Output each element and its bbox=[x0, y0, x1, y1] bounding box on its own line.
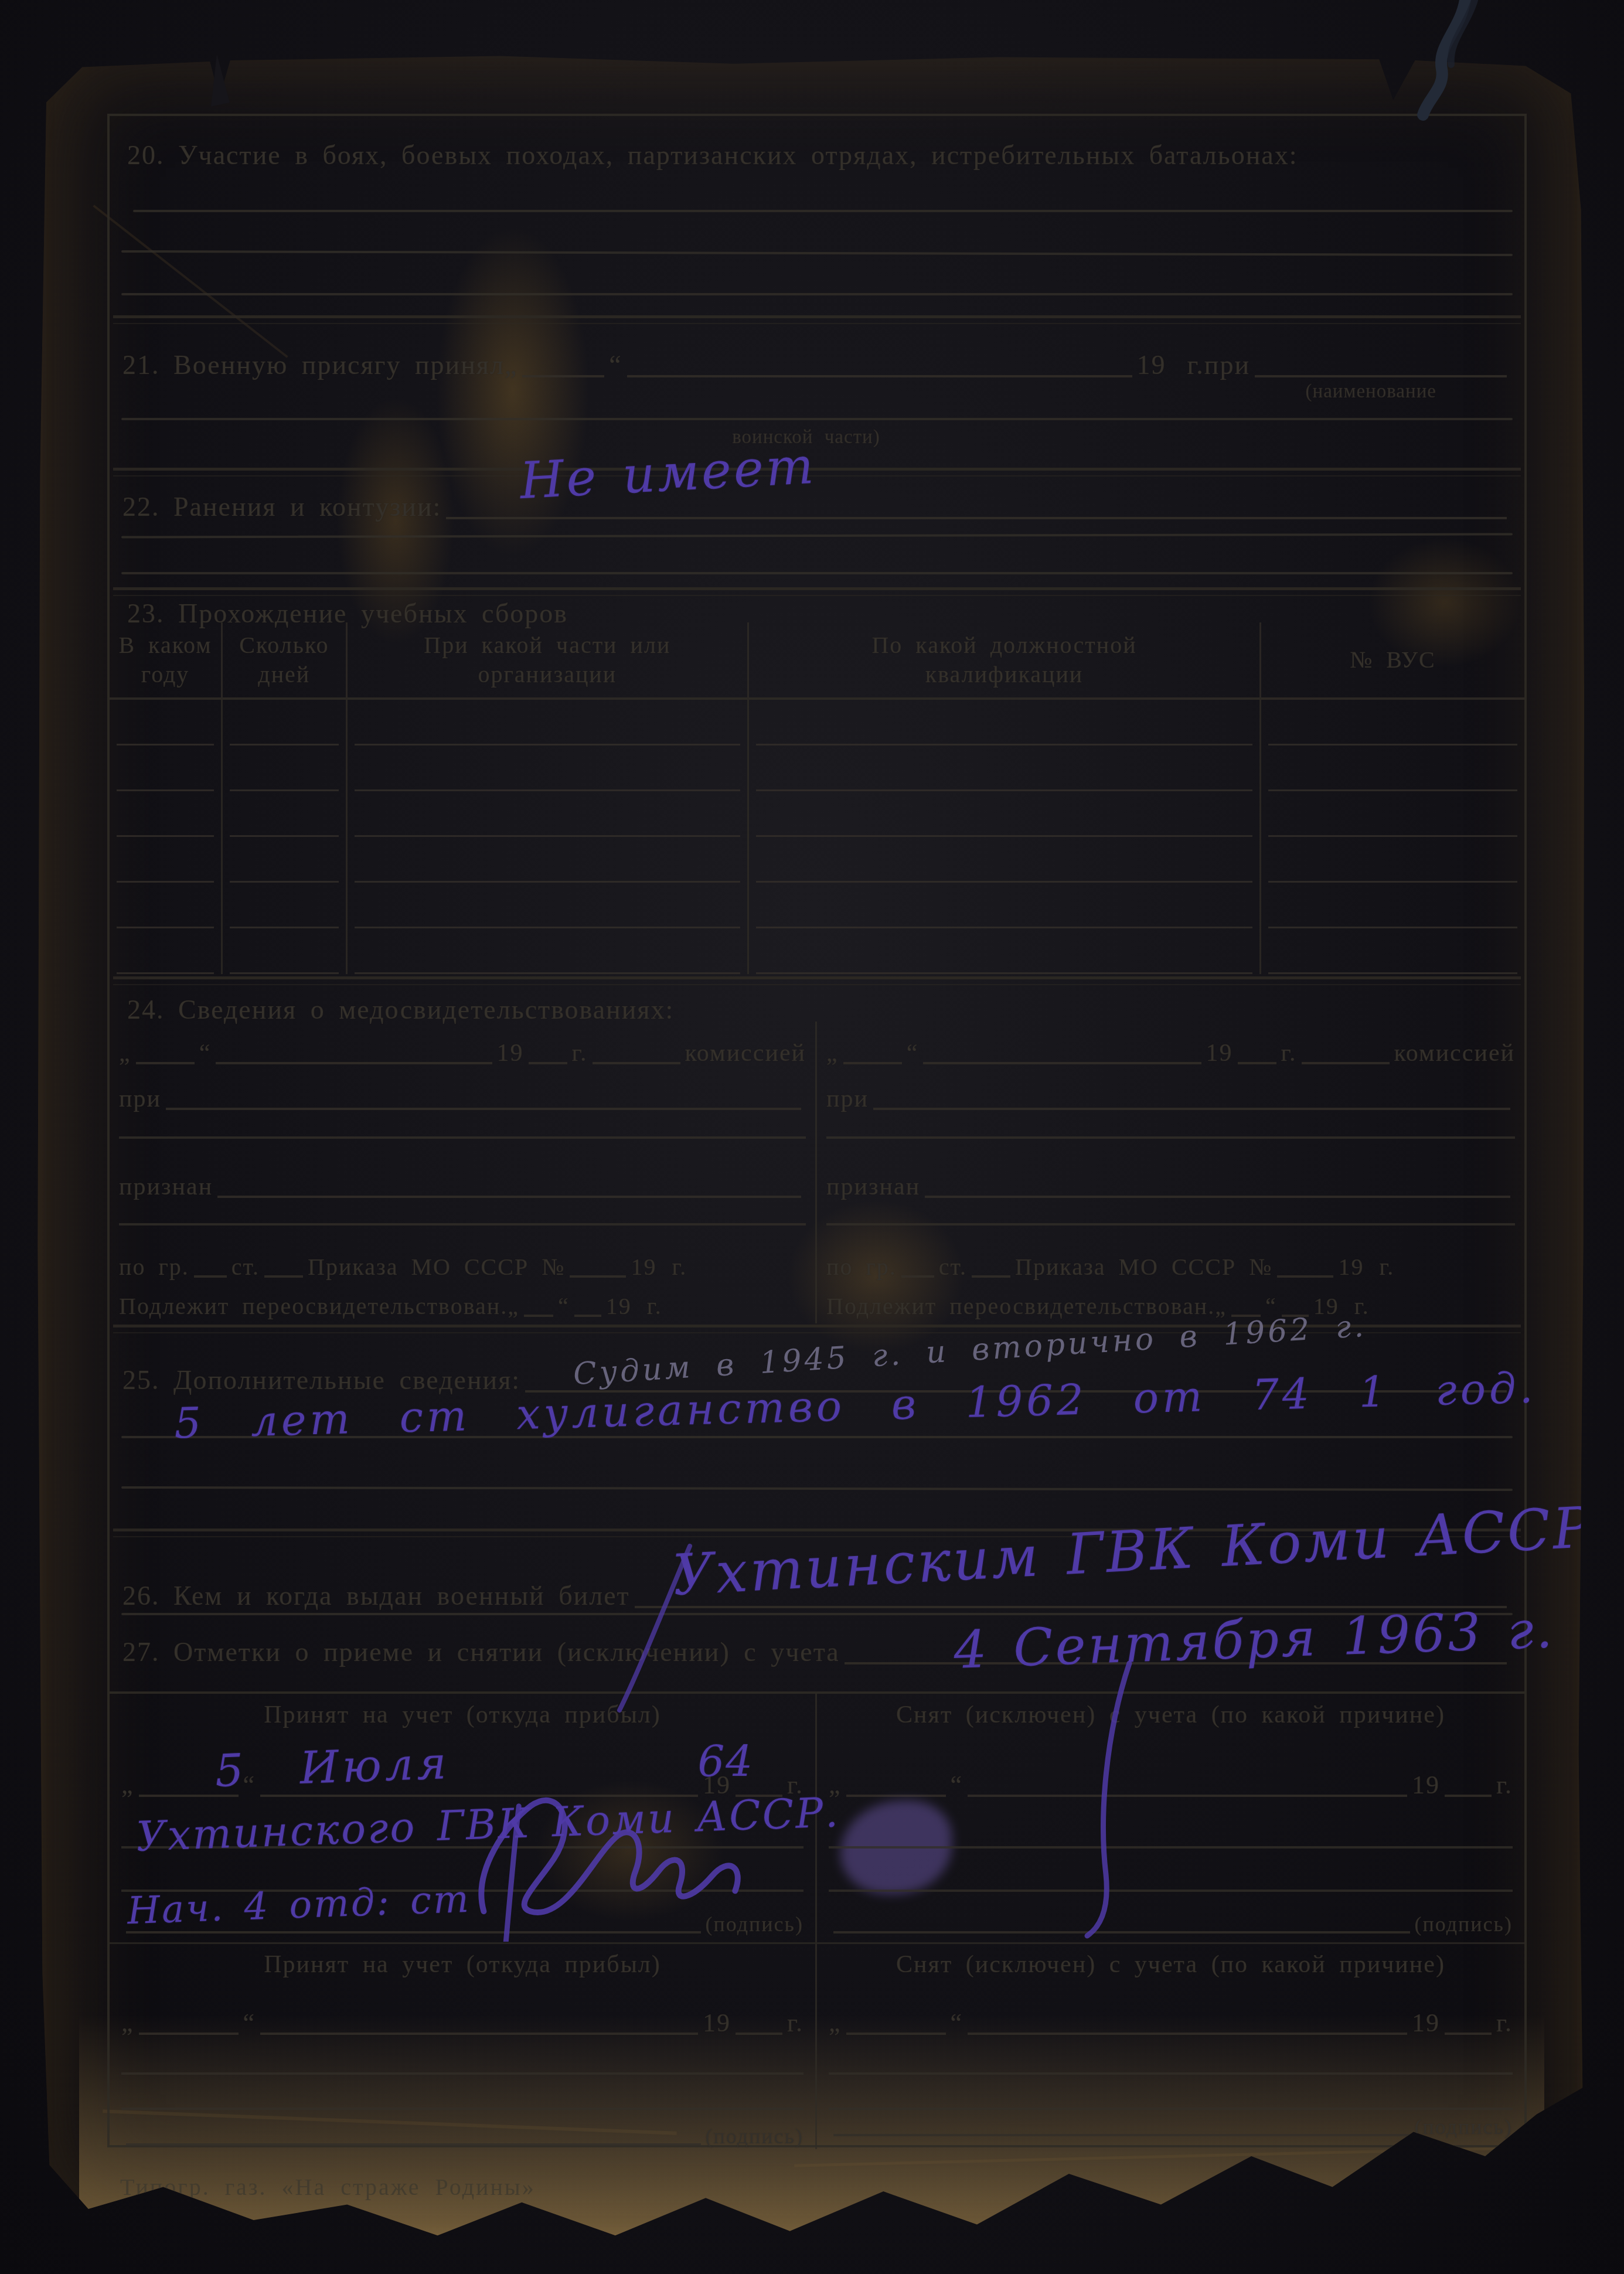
section-divider bbox=[113, 315, 1521, 324]
empty-cell bbox=[749, 745, 1261, 791]
signature-label: (подпись) bbox=[706, 1912, 804, 1938]
empty-cell bbox=[348, 700, 750, 745]
section-22-row: 22. Ранения и контузии: bbox=[122, 491, 1511, 523]
empty-cell bbox=[110, 883, 223, 928]
ruled-line bbox=[826, 1223, 1515, 1225]
blank-field bbox=[522, 356, 604, 377]
empty-cell bbox=[223, 791, 347, 837]
empty-cell bbox=[749, 791, 1261, 837]
registration-table: Принят на учет (откуда прибыл) Снят (иск… bbox=[110, 1691, 1524, 2145]
spacer bbox=[1166, 380, 1187, 382]
empty-cell bbox=[1261, 791, 1524, 837]
blank-field bbox=[627, 356, 1132, 377]
signature-row: (подпись) bbox=[829, 2115, 1513, 2140]
empty-cell bbox=[110, 745, 223, 791]
medical-column-right: „ “ 19 г. комиссией при признан bbox=[817, 1022, 1524, 1323]
ruled-line bbox=[121, 2108, 804, 2110]
ruled-line bbox=[121, 1486, 1513, 1491]
empty-cell bbox=[1261, 745, 1524, 791]
empty-cell bbox=[1261, 928, 1524, 974]
empty-cell bbox=[110, 700, 223, 745]
registry-header-accepted: Принят на учет (откуда прибыл) bbox=[110, 1694, 817, 1736]
col-header-qualification: По какой должностнойквалификации bbox=[749, 622, 1261, 700]
empty-cell bbox=[223, 883, 347, 928]
empty-cell bbox=[110, 791, 223, 837]
medical-column-left: „ “ 19 г. комиссией при признан bbox=[110, 1022, 817, 1323]
training-camps-table: В какомгоду Сколькодней При какой части … bbox=[110, 622, 1524, 974]
section-20-title: 20. Участие в боях, боевых походах, парт… bbox=[127, 139, 1510, 171]
ruled-line bbox=[829, 1890, 1513, 1892]
med-prikaz-row: по гр. ст. Приказа МО СССР № 19 г. bbox=[826, 1253, 1515, 1282]
medical-examinations-block: „ “ 19 г. комиссией при признан bbox=[110, 1022, 1524, 1323]
col-header-vus: № ВУС bbox=[1261, 622, 1524, 700]
registry-cell-removed-1: „ “ 19 г. (подпись) bbox=[817, 1736, 1524, 1942]
med-resurvey-row: Подлежит переосвидетельствован. „ “ 19 г… bbox=[119, 1292, 806, 1321]
ruled-line bbox=[121, 572, 1513, 574]
section-27-label: 27. Отметки о приеме и снятии (исключени… bbox=[122, 1636, 840, 1669]
pri-label: при bbox=[1204, 349, 1250, 382]
ruled-line bbox=[119, 1223, 806, 1225]
ruled-line bbox=[121, 533, 1513, 539]
year-suffix: г. bbox=[1187, 349, 1204, 382]
scanned-military-id-page: 20. Участие в боях, боевых походах, парт… bbox=[0, 0, 1624, 2274]
registry-cell-accepted-2: „ “ 19 г. (подпись) bbox=[110, 1984, 817, 2149]
empty-cell bbox=[1261, 837, 1524, 883]
printer-credit: Типогр. газ. «На страже Родины» bbox=[120, 2173, 536, 2201]
empty-cell bbox=[348, 837, 750, 883]
section-21-label: 21. Военную присягу принял bbox=[122, 349, 505, 382]
empty-cell bbox=[749, 928, 1261, 974]
med-pri-row: при bbox=[119, 1085, 806, 1114]
med-date-row: „ “ 19 г. комиссией bbox=[119, 1039, 806, 1068]
date-row: „ “ 19 г. bbox=[829, 1770, 1513, 1801]
hint-naimenovanie: (наименование bbox=[1306, 381, 1436, 403]
med-prikaz-row: по гр. ст. Приказа МО СССР № 19 г. bbox=[119, 1253, 806, 1282]
section-divider bbox=[113, 587, 1521, 596]
signature-label: (подпись) bbox=[1415, 1912, 1513, 1938]
blank-field bbox=[1255, 356, 1507, 377]
handwritten-year: 64 bbox=[697, 1737, 754, 1786]
empty-cell bbox=[749, 700, 1261, 745]
empty-cell bbox=[348, 883, 750, 928]
ruled-line bbox=[119, 1136, 806, 1139]
section-divider bbox=[113, 468, 1521, 476]
empty-cell bbox=[348, 791, 750, 837]
empty-cell bbox=[749, 883, 1261, 928]
ruled-line bbox=[121, 293, 1513, 295]
empty-cell bbox=[348, 745, 750, 791]
registry-header-accepted-2: Принят на учет (откуда прибыл) bbox=[110, 1942, 817, 1984]
registry-cell-accepted-1: „ “ 19 г. 5 Июля 64 Ухтинского ГВК Коми … bbox=[110, 1736, 817, 1942]
col-header-days: Сколькодней bbox=[223, 622, 347, 700]
empty-cell bbox=[348, 928, 750, 974]
registry-header-removed-2: Снят (исключен) с учета (по какой причин… bbox=[817, 1942, 1524, 1984]
handwritten-day-month: 5 Июля bbox=[215, 1737, 451, 1797]
paper-sheet: 20. Участие в боях, боевых походах, парт… bbox=[32, 34, 1591, 2238]
med-priznan-row: признан bbox=[119, 1173, 806, 1202]
section-24-title: 24. Сведения о медосвидетельствованиях: bbox=[127, 994, 1510, 1025]
form-frame: 20. Участие в боях, боевых походах, парт… bbox=[107, 114, 1527, 2147]
empty-cell bbox=[1261, 700, 1524, 745]
empty-cell bbox=[223, 837, 347, 883]
med-priznan-row: признан bbox=[826, 1173, 1515, 1202]
empty-cell bbox=[1261, 883, 1524, 928]
med-resurvey-row: Подлежит переосвидетельствован. „ “ 19 г… bbox=[826, 1292, 1515, 1321]
ruled-line bbox=[829, 1846, 1513, 1849]
ruled-line bbox=[826, 1136, 1515, 1139]
empty-cell bbox=[110, 837, 223, 883]
registry-cell-removed-2: „ “ 19 г. (подпись) bbox=[817, 1984, 1524, 2149]
close-quote: “ bbox=[609, 349, 622, 382]
ruled-line bbox=[121, 418, 1513, 420]
date-row: „ “ 19 г. bbox=[829, 2008, 1513, 2039]
paper-crease bbox=[794, 2147, 1497, 2167]
med-pri-row: при bbox=[826, 1085, 1515, 1114]
signature-row: (подпись) bbox=[121, 2124, 804, 2150]
empty-cell bbox=[223, 700, 347, 745]
section-22-label: 22. Ранения и контузии: bbox=[122, 491, 441, 523]
year-prefix: 19 bbox=[1137, 349, 1166, 382]
ruled-line bbox=[133, 210, 1513, 212]
section-divider bbox=[113, 976, 1521, 985]
empty-cell bbox=[223, 745, 347, 791]
ruled-line bbox=[121, 250, 1513, 256]
col-header-unit: При какой части илиорганизации bbox=[348, 622, 750, 700]
section-26-label: 26. Кем и когда выдан военный билет bbox=[122, 1580, 630, 1612]
ruled-line bbox=[829, 2072, 1513, 2075]
signature-label: (подпись) bbox=[706, 2124, 804, 2150]
ruled-line bbox=[829, 2108, 1513, 2110]
ruled-line bbox=[121, 2072, 804, 2075]
col-header-year: В какомгоду bbox=[110, 622, 223, 700]
signature-row: (подпись) bbox=[829, 1912, 1513, 1938]
empty-cell bbox=[223, 928, 347, 974]
date-row: „ “ 19 г. bbox=[121, 2008, 804, 2039]
empty-cell bbox=[110, 928, 223, 974]
empty-cell bbox=[749, 837, 1261, 883]
section-21-row: 21. Военную присягу принял „ “ 19 г. при bbox=[122, 349, 1511, 382]
registry-header-removed: Снят (исключен) с учета (по какой причин… bbox=[817, 1694, 1524, 1736]
signature-label: (подпись) bbox=[1415, 2115, 1513, 2140]
open-quote: „ bbox=[505, 349, 517, 382]
med-date-row: „ “ 19 г. комиссией bbox=[826, 1039, 1515, 1068]
